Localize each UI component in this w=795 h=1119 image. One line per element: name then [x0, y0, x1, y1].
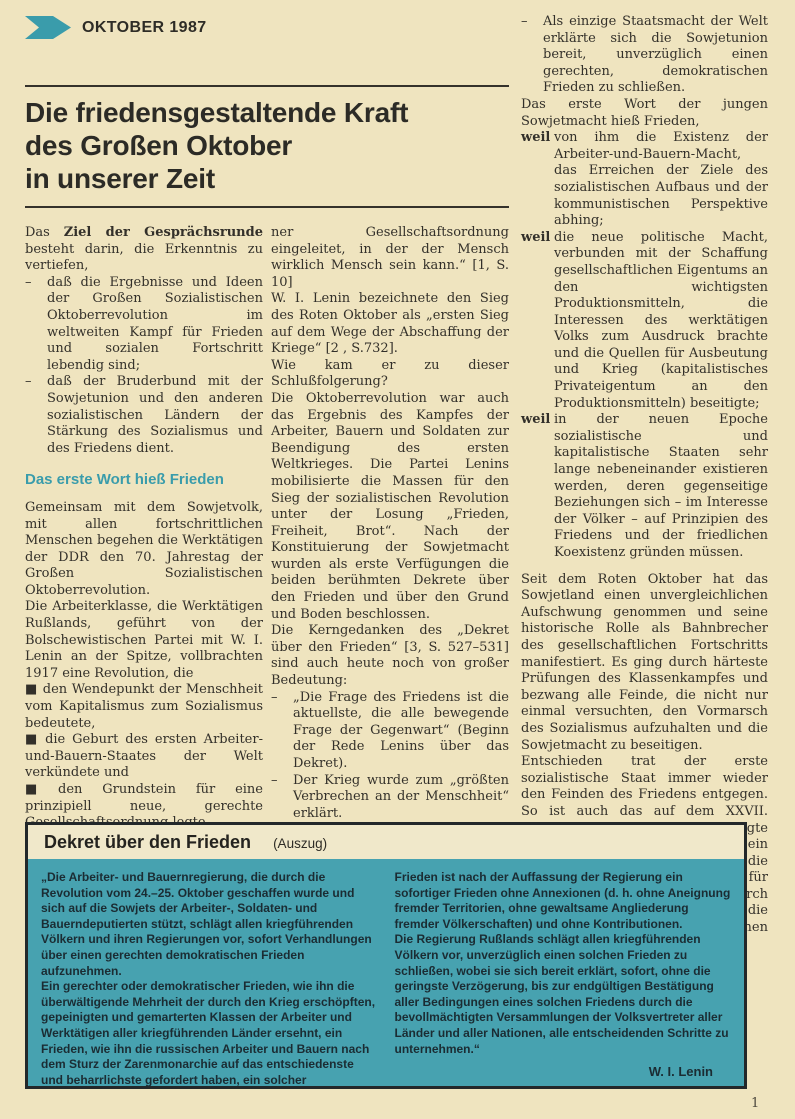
paragraph: Die Oktoberrevolution war auch das Ergeb…	[271, 391, 509, 623]
square-bullet-icon: ■	[25, 732, 40, 747]
magazine-page: OKTOBER 1987 Die friedensgestaltende Kra…	[0, 0, 795, 1119]
dash-marker: –	[271, 690, 293, 773]
weil-label: weil	[521, 230, 554, 413]
dash-marker: –	[25, 374, 47, 457]
article-title-line2: des Großen Oktober	[25, 129, 509, 162]
weil-clause: weil die neue politische Macht, verbunde…	[521, 230, 768, 413]
paragraph: Gemeinsam mit dem Sowjetvolk, mit allen …	[25, 500, 263, 600]
paragraph: Die Arbeiterklasse, die Werktätigen Rußl…	[25, 599, 263, 682]
weil-clause-text: in der neuen Epoche sozialistische und k…	[554, 412, 768, 561]
divider-top	[25, 85, 509, 87]
weil-label: weil	[521, 130, 554, 230]
weil-clause: weil von ihm die Existenz der Arbeiter-u…	[521, 130, 768, 230]
masthead: OKTOBER 1987	[25, 0, 509, 39]
list-item: – Der Krieg wurde zum „größten Verbreche…	[271, 773, 509, 823]
decree-column-right: Frieden ist nach der Auffassung der Regi…	[395, 870, 732, 1088]
section-subheading: Das erste Wort hieß Frieden	[25, 472, 263, 489]
list-item-text: daß der Bruderbund mit der Sowjetunion u…	[47, 374, 263, 457]
issue-label: OKTOBER 1987	[82, 19, 207, 37]
decree-title: Dekret über den Frieden	[44, 832, 251, 853]
weil-clause-text: von ihm die Existenz der Arbeiter-und-Ba…	[554, 130, 768, 230]
list-item-text: Der Krieg wurde zum „größten Verbrechen …	[293, 773, 509, 823]
decree-paragraph: Frieden ist nach der Auffassung der Regi…	[395, 870, 732, 932]
dash-marker: –	[521, 14, 543, 97]
list-item: – Als einzige Staatsmacht der Welt erklä…	[521, 14, 768, 97]
arrow-right-icon	[25, 16, 71, 39]
article-title-line1: Die friedensgestaltende Kraft	[25, 96, 509, 129]
text-segment: besteht darin, die Erkenntnis zu vertief…	[25, 242, 263, 274]
weil-clause-text: die neue politische Macht, verbunden mit…	[554, 230, 768, 413]
decree-paragraph: „Die Arbeiter- und Bauernregierung, die …	[41, 870, 378, 979]
list-item: – daß die Ergebnisse und Ideen der Große…	[25, 275, 263, 375]
paragraph: W. I. Lenin bezeichnete den Sieg des Rot…	[271, 291, 509, 357]
paragraph: Das erste Wort der jungen Sowjetmacht hi…	[521, 97, 768, 130]
paragraph: ner Gesellschaftsordnung eingeleitet, in…	[271, 225, 509, 291]
list-item-text: daß die Ergebnisse und Ideen der Großen …	[47, 275, 263, 375]
weil-clause: weil in der neuen Epoche sozialistische …	[521, 412, 768, 561]
decree-paragraph: Ein gerechter oder demokratischer Friede…	[41, 979, 378, 1088]
dash-marker: –	[271, 773, 293, 823]
decree-body: „Die Arbeiter- und Bauernregierung, die …	[28, 859, 744, 1088]
square-bullet-icon: ■	[25, 782, 53, 797]
dash-marker: –	[25, 275, 47, 375]
decree-subtitle: (Auszug)	[273, 836, 327, 851]
list-item-text: Als einzige Staatsmacht der Welt erklärt…	[543, 14, 768, 97]
text-segment-bold: Ziel der Gesprächsrunde	[64, 225, 263, 240]
page-number: 1	[751, 1096, 759, 1111]
paragraph: Seit dem Roten Oktober hat das Sowjetlan…	[521, 572, 768, 755]
paragraph: Das Ziel der Gesprächsrunde besteht dari…	[25, 225, 263, 275]
bullet-item-text: die Geburt des ersten Arbeiter-und-Bauer…	[25, 732, 263, 780]
paragraph: Wie kam er zu dieser Schlußfolgerung?	[271, 358, 509, 391]
decree-paragraph: Die Regierung Rußlands schlägt allen kri…	[395, 932, 732, 1057]
article-title-line3: in unserer Zeit	[25, 162, 509, 195]
paragraph: Die Kerngedanken des „Dekret über den Fr…	[271, 623, 509, 689]
column-3: – Als einzige Staatsmacht der Welt erklä…	[521, 14, 768, 953]
article-title: Die friedensgestaltende Kraft des Großen…	[25, 96, 509, 195]
bullet-item: ■den Wendepunkt der Menschheit vom Kapit…	[25, 682, 263, 732]
divider-bottom	[25, 206, 509, 208]
square-bullet-icon: ■	[25, 682, 38, 697]
decree-box: Dekret über den Frieden (Auszug) „Die Ar…	[25, 822, 747, 1089]
text-segment: Das	[25, 225, 64, 240]
bullet-item: ■die Geburt des ersten Arbeiter-und-Baue…	[25, 732, 263, 782]
list-item: – „Die Frage des Friedens ist die aktuel…	[271, 690, 509, 773]
list-item-text: „Die Frage des Friedens ist die aktuells…	[293, 690, 509, 773]
weil-label: weil	[521, 412, 554, 561]
decree-signature: W. I. Lenin	[395, 1064, 732, 1080]
decree-titlebar: Dekret über den Frieden (Auszug)	[28, 825, 744, 859]
bullet-item-text: den Wendepunkt der Menschheit vom Kapita…	[25, 682, 263, 730]
list-item: – daß der Bruderbund mit der Sowjetunion…	[25, 374, 263, 457]
decree-column-left: „Die Arbeiter- und Bauernregierung, die …	[41, 870, 378, 1088]
